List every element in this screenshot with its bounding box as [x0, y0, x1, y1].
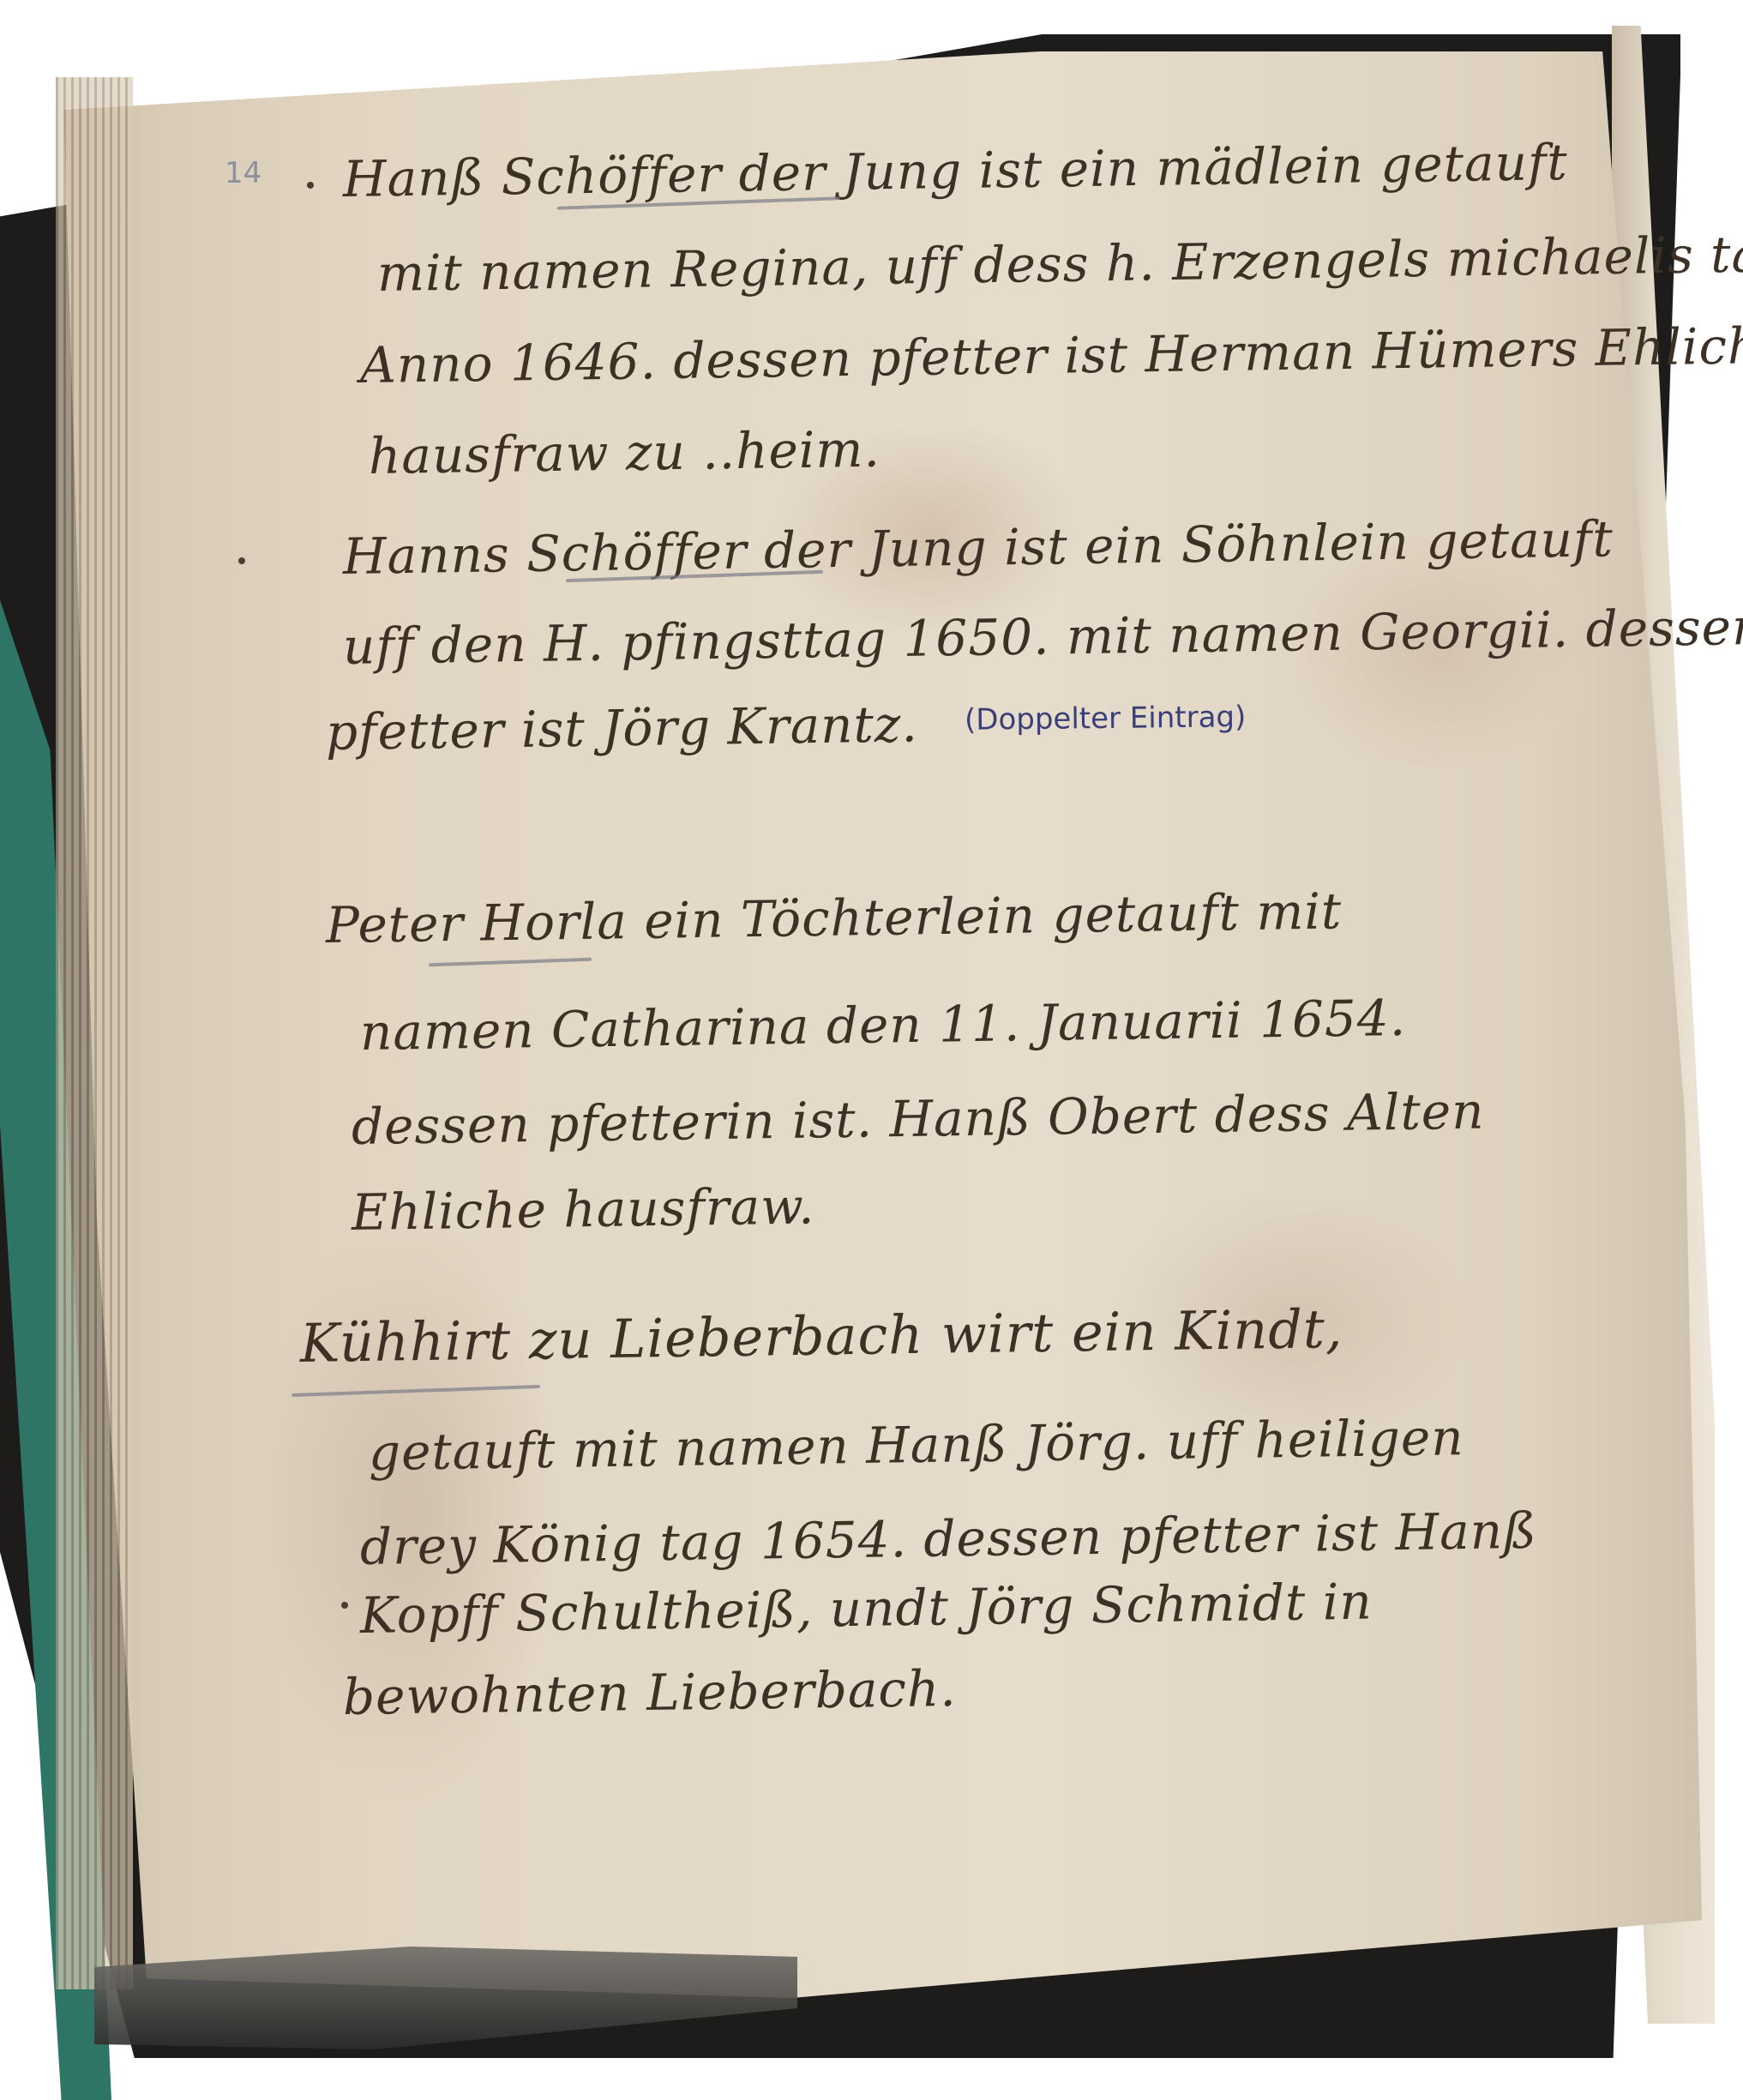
page-number: 14: [225, 156, 261, 190]
entry-4-line-5: bewohnten Lieberbach.: [343, 1659, 958, 1726]
entry-3-line-1: Peter Horla ein Töchterlein getauft mit: [326, 882, 1343, 954]
entry-3-line-2: namen Catharina den 11. Januarii 1654.: [360, 989, 1407, 1062]
entry-3-line-3: dessen pfetterin ist. Hanß Obert dess Al…: [352, 1082, 1485, 1156]
entry-4-line-2: getauft mit namen Hanß Jörg. uff heilige…: [369, 1408, 1465, 1482]
entry-2-line-3: pfetter ist Jörg Krantz.: [326, 695, 919, 761]
entry-3-line-4: Ehliche hausfraw.: [352, 1176, 815, 1242]
pencil-underline: [292, 1385, 540, 1397]
annotation-double-entry: (Doppelter Eintrag): [965, 700, 1247, 737]
entry-2-line-1: Hanns Schöffer der Jung ist ein Söhnlein…: [343, 509, 1614, 586]
pencil-underline: [429, 958, 592, 967]
entry-2-line-2: uff den H. pfingsttag 1650. mit namen Ge…: [343, 598, 1743, 676]
entry-1-line-2: mit namen Regina, uff dess h. Erzengels …: [377, 225, 1743, 303]
entry-4-line-3: drey König tag 1654. dessen pfetter ist …: [360, 1501, 1538, 1576]
entry-4-line-1: Kühhirt zu Lieberbach wirt ein Kindt,: [299, 1297, 1343, 1375]
margin-mark: [238, 557, 245, 564]
entry-1-line-3: Anno 1646. dessen pfetter ist Herman Hüm…: [360, 316, 1743, 394]
entry-1-line-4: hausfraw zu ..heim.: [369, 420, 881, 485]
margin-mark: [307, 182, 314, 189]
entry-4-line-4: Kopff Schultheiß, undt Jörg Schmidt in: [360, 1573, 1373, 1645]
entry-1-line-1: Hanß Schöffer der Jung ist ein mädlein g…: [343, 133, 1569, 208]
margin-mark: [341, 1602, 348, 1609]
page-content: 14 Hanß Schöffer der Jung ist ein mädlei…: [0, 0, 1743, 2100]
